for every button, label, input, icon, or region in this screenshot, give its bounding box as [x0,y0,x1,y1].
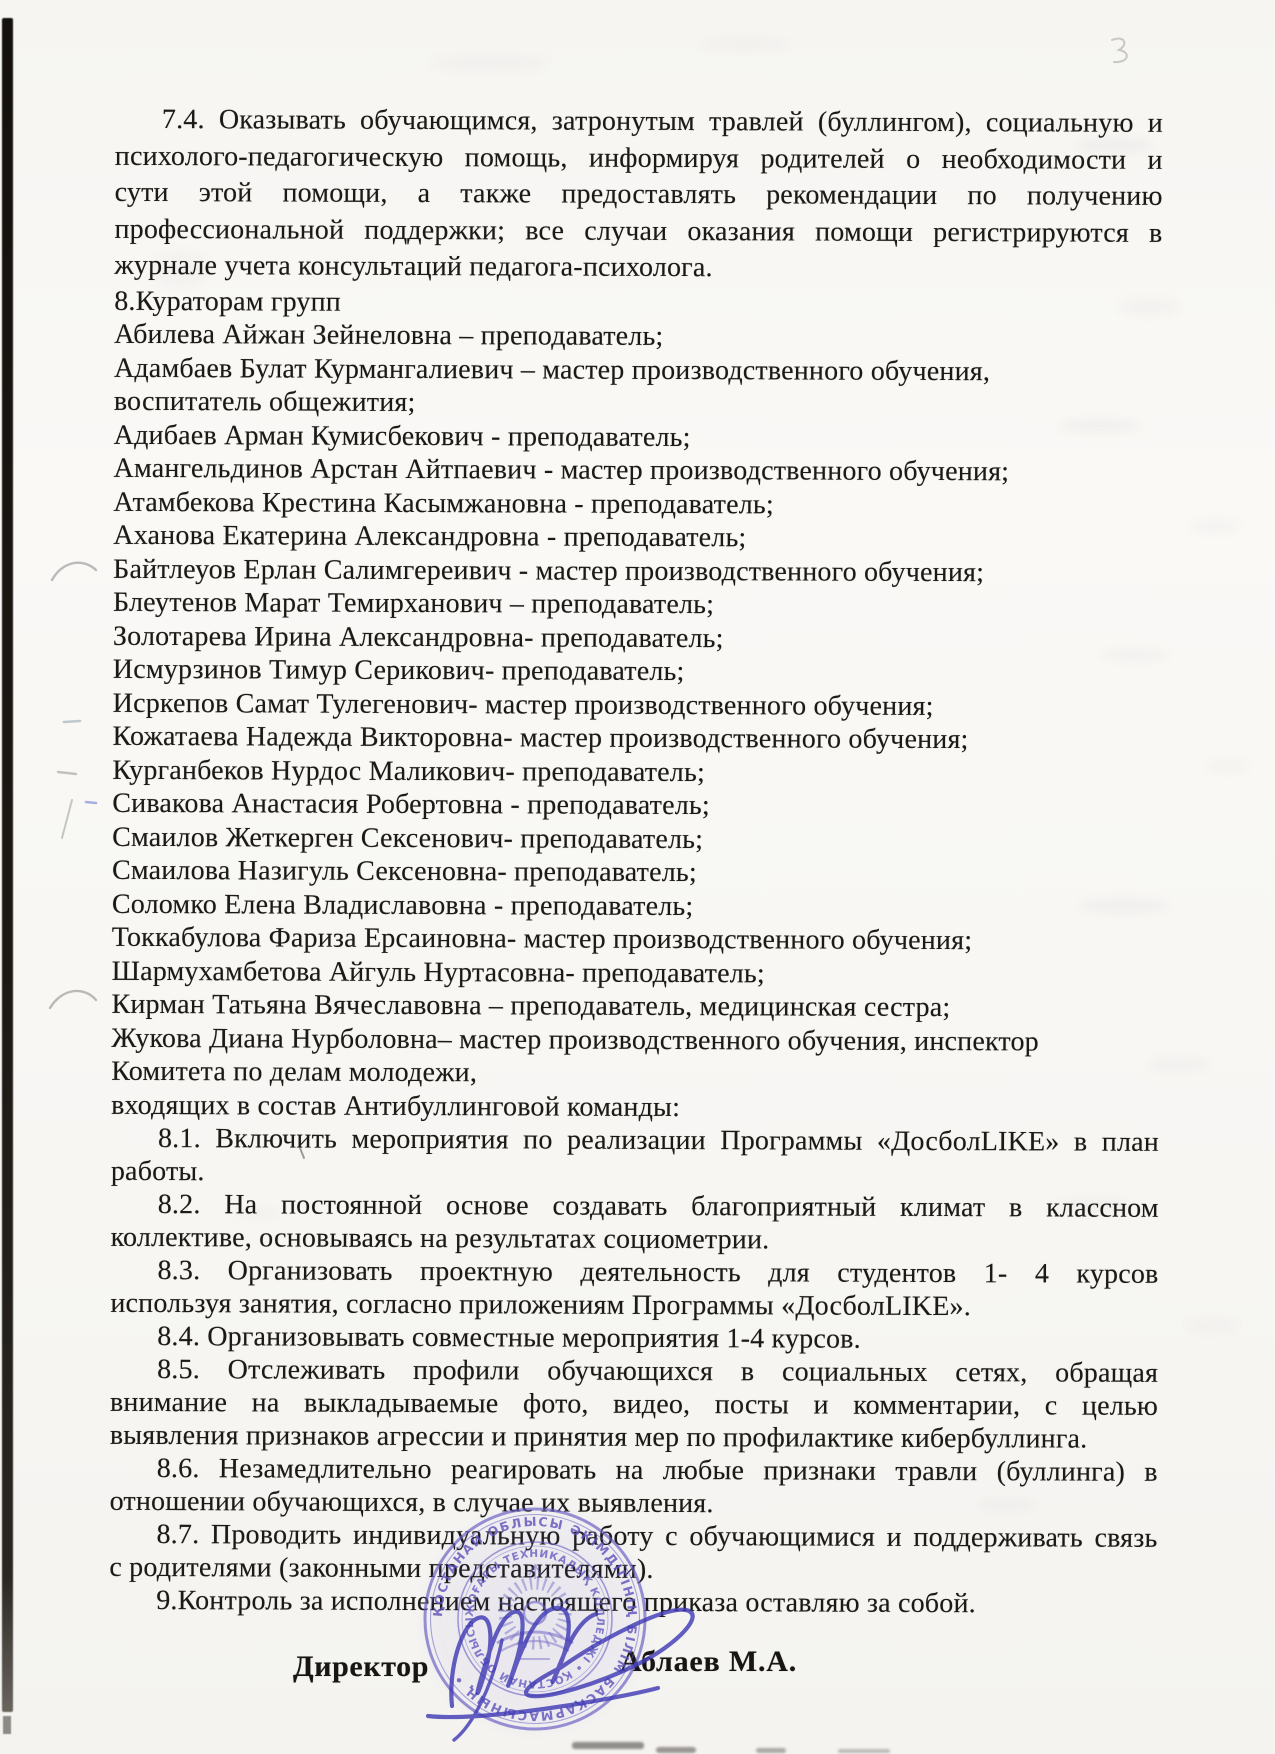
text-line: входящих в состав Антибуллинговой команд… [111,1088,1159,1126]
text-line: 8.Кураторам групп [114,284,1162,322]
text-line: Жукова Диана Нурболовна– мастер производ… [111,1021,1159,1059]
text-line: воспитатель общежития; [114,385,1162,423]
text-line: внимание на выкладываемые фото, видео, п… [110,1386,1158,1423]
scan-edge-mark [3,1716,11,1734]
text-line: работы. [111,1155,1159,1192]
bottom-smudge [572,1742,644,1749]
stamp-ink-wash [417,1501,653,1737]
text-line: 8.5. Отслеживать профили обучающихся в с… [110,1353,1158,1390]
text-line: используя занятия, согласно приложениям … [110,1287,1158,1324]
section-orders: 8.1. Включить мероприятия по реализации … [109,1122,1159,1621]
document-text: 7.4. Оказывать обучающимся, затронутым т… [109,102,1163,1621]
bottom-smudge [838,1749,890,1753]
text-line: Смаилов Жеткерген Сексенович- преподават… [112,820,1160,858]
text-line: выявления признаков агрессии и принятия … [110,1419,1158,1456]
pencil-curve-mark [52,563,96,580]
bleedthrough-spot [1188,520,1240,532]
text-line: Адамбаев Булат Курмангалиевич – мастер п… [114,351,1162,389]
pencil-curve-mark [50,991,96,1008]
text-line: сути этой помощи, а также предоставлять … [115,175,1163,216]
pen-dot-mark [86,802,96,803]
text-line: 8.2. На постоянной основе создавать благ… [111,1188,1159,1225]
bleedthrough-spot [1205,760,1249,772]
scan-edge-shadow [2,18,13,1712]
text-line: Блеутенов Марат Темирханович – преподава… [113,586,1161,624]
text-line: журнале учета консультаций педагога-псих… [114,248,1162,289]
director-label: Директор [293,1650,429,1684]
bleedthrough-spot [700,38,790,50]
text-line: Кирман Татьяна Вячеславовна – преподават… [111,988,1159,1026]
section-curators-list: 8.Кураторам группАбилева Айжан Зейнеловн… [111,284,1162,1126]
text-line: 8.1. Включить мероприятия по реализации … [111,1122,1159,1159]
text-line: 8.3. Организовать проектную деятельность… [110,1254,1158,1291]
text-line: 8.6. Незамедлительно реагировать на любы… [110,1452,1158,1489]
text-line: Шармухамбетова Айгуль Нуртасовна- препод… [112,954,1160,992]
text-line: Абилева Айжан Зейнеловна – преподаватель… [114,318,1162,356]
corner-squiggle-mark [1112,39,1127,63]
text-line: Адибаев Арман Кумисбекович - преподавате… [114,418,1162,456]
text-line: психолого-педагогическую помощь, информи… [115,138,1163,179]
text-line: Кожатаева Надежда Викторовна- мастер про… [112,720,1160,758]
text-line: Курганбеков Нурдос Маликович- преподават… [112,753,1160,791]
pencil-slash-mark [62,800,72,838]
text-line: Амангельдинов Арстан Айтпаевич - мастер … [114,452,1162,490]
text-line: Соломко Елена Владиславовна - преподават… [112,887,1160,925]
text-line: Смаилова Назигуль Сексеновна- преподават… [112,854,1160,892]
text-line: Атамбекова Крестина Касымжановна - препо… [113,485,1161,523]
text-line: Аханова Екатерина Александровна - препод… [113,519,1161,557]
bottom-smudge [756,1748,786,1753]
text-line: Байтлеуов Ерлан Салимгереивич - мастер п… [113,552,1161,590]
text-line: 8.7. Проводить индивидуальную работу с о… [109,1518,1157,1555]
text-line: профессиональной поддержки; все случаи о… [114,211,1162,252]
text-line: 8.4. Организовывать совместные мероприят… [110,1320,1158,1357]
text-line: Исркепов Самат Тулегенович- мастер произ… [113,686,1161,724]
bleedthrough-spot [1186,1320,1238,1332]
text-line: Токкабулова Фариза Ерсаиновна- мастер пр… [112,921,1160,959]
text-line: Золотарева Ирина Александровна- преподав… [113,619,1161,657]
pencil-dash-mark [58,772,76,774]
text-line: Комитета по делам молодежи, [111,1055,1159,1093]
text-line: Исмурзинов Тимур Серикович- преподавател… [113,653,1161,691]
section-para-7-4: 7.4. Оказывать обучающимся, затронутым т… [114,102,1163,289]
text-line: отношении обучающихся, в случае их выявл… [110,1485,1158,1522]
bottom-smudge [656,1747,696,1753]
text-line: 7.4. Оказывать обучающимся, затронутым т… [115,102,1163,143]
pencil-dash-mark [64,721,80,722]
text-line: Сивакова Анастасия Робертовна - преподав… [112,787,1160,825]
text-line: коллективе, основываясь на результатах с… [111,1221,1159,1258]
scanned-document-page: 7.4. Оказывать обучающимся, затронутым т… [0,0,1275,1754]
bleedthrough-spot [430,56,550,70]
